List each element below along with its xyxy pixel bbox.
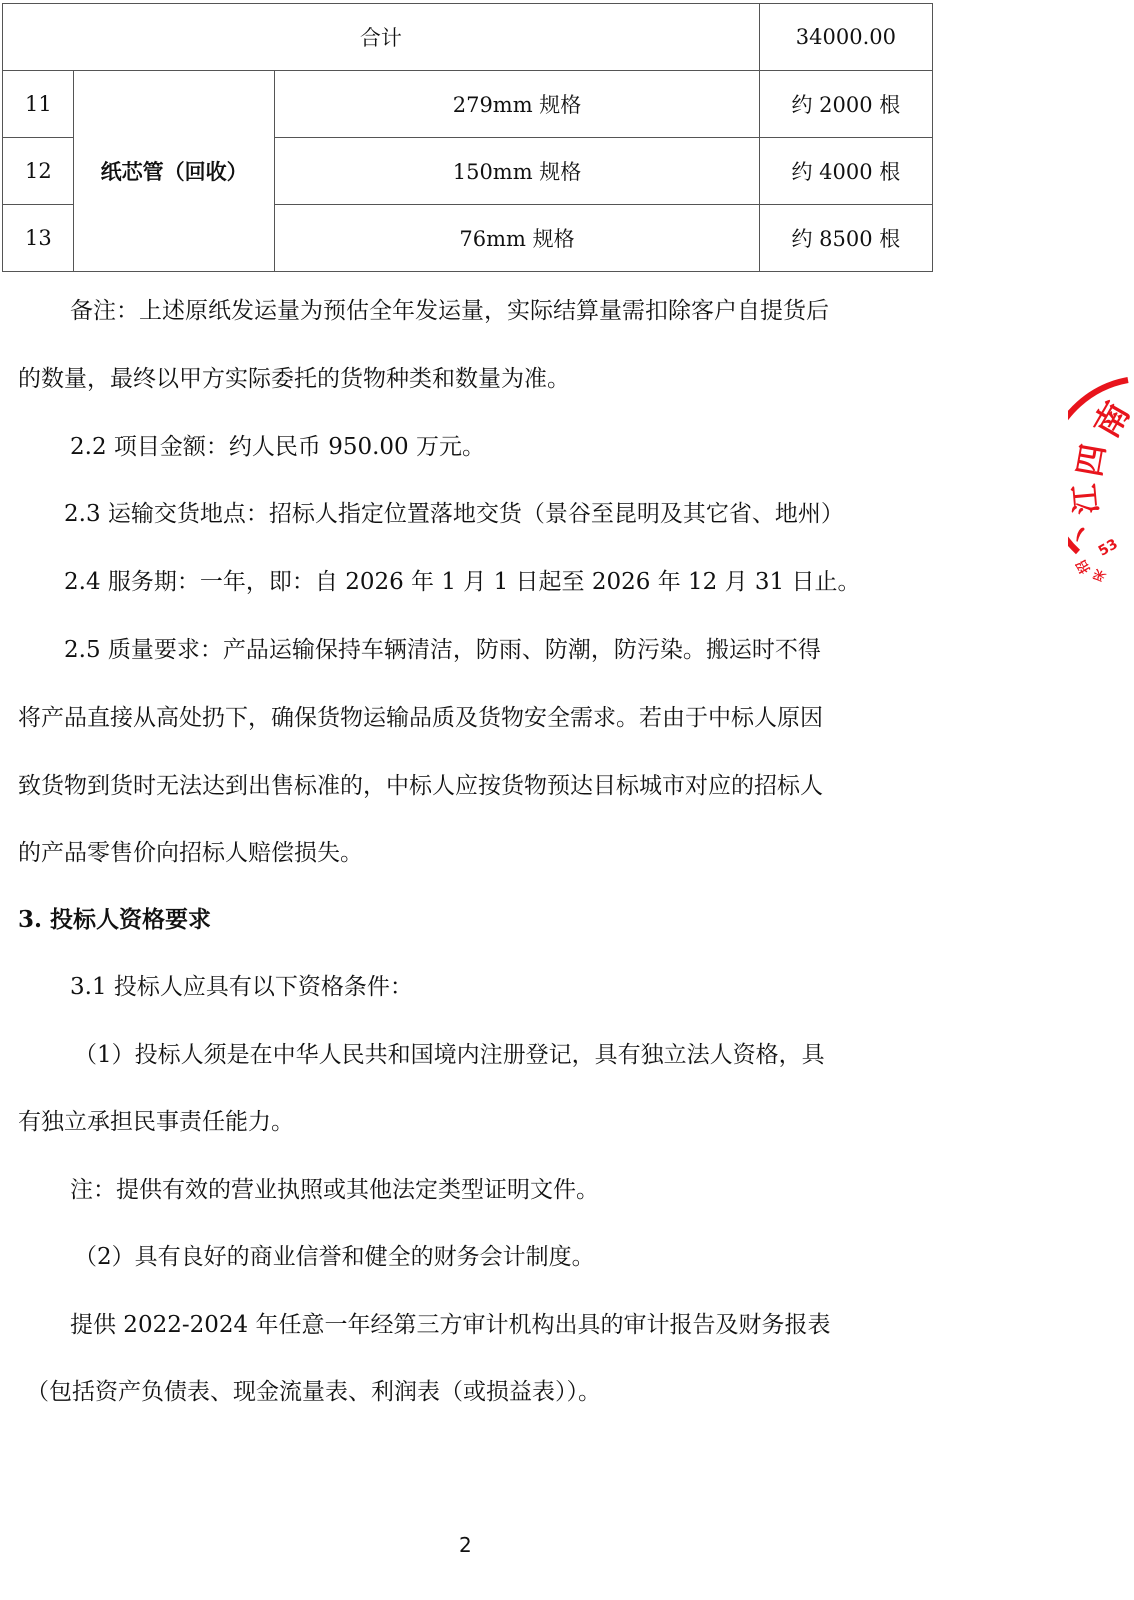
- section-2-4-service-period: 2.4 服务期：一年，即：自 2026 年 1 月 1 日起至 2026 年 1…: [64, 567, 861, 597]
- page-number: 2: [459, 1533, 472, 1557]
- svg-text:四: 四: [1070, 441, 1113, 479]
- total-label: 合计: [3, 4, 760, 71]
- requirement-1-line-1: （1）投标人须是在中华人民共和国境内注册登记，具有独立法人资格，具: [74, 1040, 825, 1070]
- section-2-5-line-3: 致货物到货时无法达到出售标准的，中标人应按货物预达目标城市对应的招标人: [18, 771, 823, 801]
- requirement-1-line-2: 有独立承担民事责任能力。: [18, 1107, 294, 1137]
- section-3-1: 3.1 投标人应具有以下资格条件：: [70, 972, 413, 1002]
- total-value: 34000.00: [759, 4, 932, 71]
- table-row-total: 合计 34000.00: [3, 4, 933, 71]
- note-line-2: 的数量，最终以甲方实际委托的货物种类和数量为准。: [18, 364, 570, 394]
- row-quantity: 约 8500 根: [759, 205, 932, 272]
- row-spec: 76mm 规格: [275, 205, 760, 272]
- quantity-table: 合计 34000.00 11 纸芯管（回收） 279mm 规格 约 2000 根…: [2, 3, 933, 272]
- row-spec: 279mm 规格: [275, 71, 760, 138]
- requirement-2-line-1: 提供 2022-2024 年任意一年经第三方审计机构出具的审计报告及财务报表: [70, 1310, 830, 1340]
- section-2-3-delivery: 2.3 运输交货地点：招标人指定位置落地交货（景谷至昆明及其它省、地州）: [64, 499, 844, 529]
- seal-icon: 南 四 江 丶 53 招 采: [1068, 362, 1134, 592]
- row-quantity: 约 4000 根: [759, 138, 932, 205]
- row-number: 13: [3, 205, 74, 272]
- section-2-5-line-4: 的产品零售价向招标人赔偿损失。: [18, 838, 363, 868]
- section-2-5-line-2: 将产品直接从高处扔下，确保货物运输品质及货物安全需求。若由于中标人原因: [18, 703, 823, 733]
- row-spec: 150mm 规格: [275, 138, 760, 205]
- row-number: 12: [3, 138, 74, 205]
- section-3-heading: 3. 投标人资格要求: [18, 905, 211, 935]
- group-label: 纸芯管（回收）: [74, 71, 275, 272]
- section-2-5-line-1: 2.5 质量要求：产品运输保持车辆清洁，防雨、防潮，防污染。搬运时不得: [64, 635, 821, 665]
- row-quantity: 约 2000 根: [759, 71, 932, 138]
- note-line-1: 备注：上述原纸发运量为预估全年发运量，实际结算量需扣除客户自提货后: [70, 296, 829, 326]
- svg-text:招: 招: [1073, 557, 1093, 576]
- section-2-2-amount: 2.2 项目金额：约人民币 950.00 万元。: [70, 432, 485, 462]
- svg-text:南: 南: [1087, 395, 1134, 444]
- requirement-1-note: 注：提供有效的营业执照或其他法定类型证明文件。: [70, 1175, 599, 1205]
- requirement-2: （2）具有良好的商业信誉和健全的财务会计制度。: [74, 1242, 595, 1272]
- svg-text:江: 江: [1068, 482, 1105, 515]
- document-page: 合计 34000.00 11 纸芯管（回收） 279mm 规格 约 2000 根…: [0, 0, 1134, 1600]
- requirement-2-line-2: （包括资产负债表、现金流量表、利润表（或损益表））。: [26, 1377, 601, 1407]
- row-number: 11: [3, 71, 74, 138]
- red-seal-stamp: 南 四 江 丶 53 招 采: [1068, 362, 1134, 592]
- table-row: 11 纸芯管（回收） 279mm 规格 约 2000 根: [3, 71, 933, 138]
